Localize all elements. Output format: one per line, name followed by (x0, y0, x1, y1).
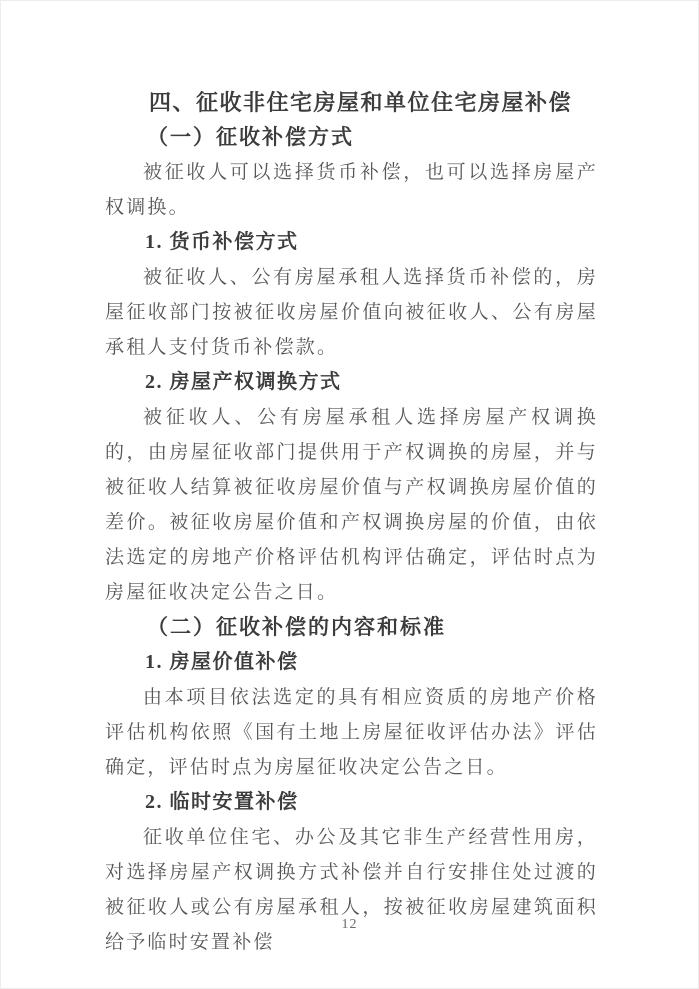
paragraph-house-value: 由本项目依法选定的具有相应资质的房地产价格评估机构依照《国有土地上房屋征收评估办… (105, 680, 598, 785)
section-heading-4: 四、征收非住宅房屋和单位住宅房屋补偿 (105, 85, 598, 120)
paragraph-compensation-choice: 被征收人可以选择货币补偿，也可以选择房屋产权调换。 (105, 155, 598, 225)
document-content: 四、征收非住宅房屋和单位住宅房屋补偿 （一）征收补偿方式 被征收人可以选择货币补… (105, 85, 598, 960)
item-heading-monetary: 1. 货币补偿方式 (105, 225, 598, 260)
item-heading-property-swap: 2. 房屋产权调换方式 (105, 365, 598, 400)
subsection-heading-2: （二）征收补偿的内容和标准 (105, 610, 598, 645)
document-page: 四、征收非住宅房屋和单位住宅房屋补偿 （一）征收补偿方式 被征收人可以选择货币补… (0, 0, 699, 989)
paragraph-temporary-resettlement: 征收单位住宅、办公及其它非生产经营性用房，对选择房屋产权调换方式补偿并自行安排住… (105, 820, 598, 960)
page-number: 12 (1, 917, 698, 933)
paragraph-property-swap: 被征收人、公有房屋承租人选择房屋产权调换的，由房屋征收部门提供用于产权调换的房屋… (105, 400, 598, 610)
subsection-heading-1: （一）征收补偿方式 (105, 120, 598, 155)
item-heading-house-value: 1. 房屋价值补偿 (105, 645, 598, 680)
item-heading-temporary-resettlement: 2. 临时安置补偿 (105, 785, 598, 820)
paragraph-monetary: 被征收人、公有房屋承租人选择货币补偿的，房屋征收部门按被征收房屋价值向被征收人、… (105, 260, 598, 365)
